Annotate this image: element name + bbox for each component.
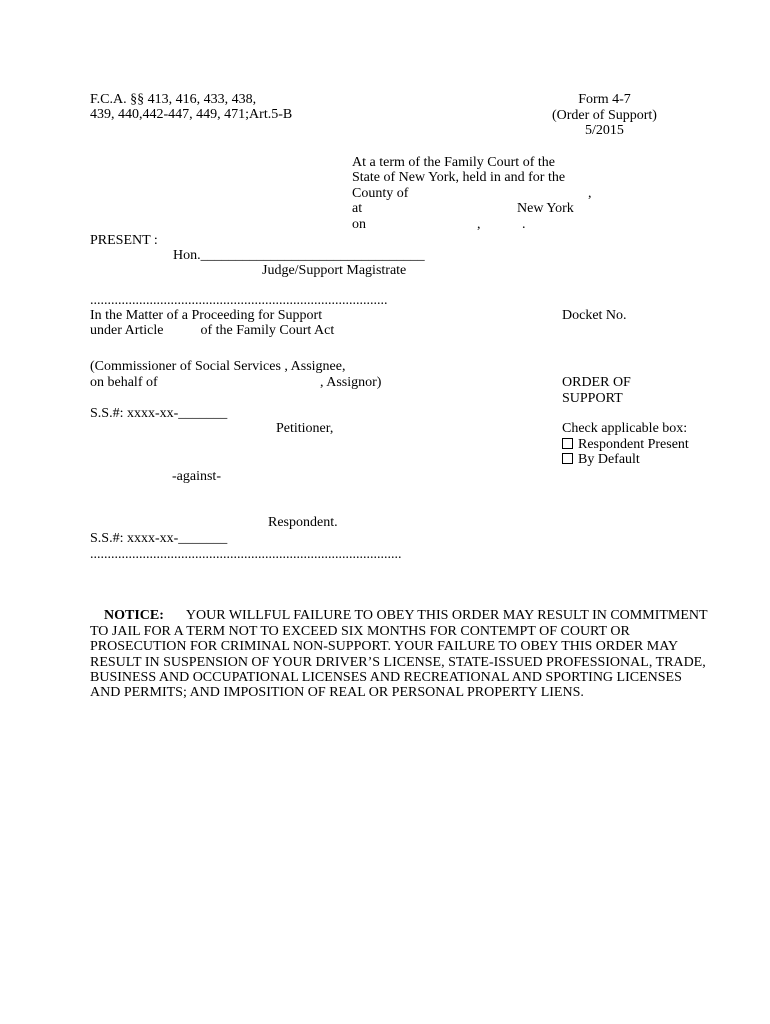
on-label: on — [352, 217, 366, 232]
form-id-block: Form 4-7 (Order of Support) 5/2015 — [537, 92, 672, 139]
present-label: PRESENT : — [90, 233, 158, 249]
form-revision-date: 5/2015 — [537, 123, 672, 139]
county-blank-comma: , — [588, 186, 592, 202]
term-line-2: State of New York, held in and for the — [352, 170, 565, 186]
on-behalf-label: on behalf of — [90, 375, 158, 390]
on-date-comma: , — [477, 217, 481, 233]
matter-of-proceeding-line: In the Matter of a Proceeding for Suppor… — [90, 308, 322, 324]
form-number: Form 4-7 — [537, 92, 672, 108]
willful-failure-notice: NOTICE:YOUR WILLFUL FAILURE TO OBEY THIS… — [90, 593, 712, 716]
check-applicable-box-header: Check applicable box: — [562, 421, 687, 437]
petitioner-label: Petitioner, — [276, 421, 333, 437]
petitioner-ssn-line: S.S.#: xxxx-xx-_______ — [90, 406, 227, 422]
checkbox-row-by-default: By Default — [562, 452, 640, 468]
caption-dotted-rule-top: ........................................… — [90, 293, 388, 309]
commissioner-line: (Commissioner of Social Services , Assig… — [90, 359, 345, 375]
order-title-line-2: SUPPORT — [562, 391, 631, 407]
at-label: at — [352, 201, 362, 216]
under-article-label: under Article — [90, 323, 163, 338]
notice-label: NOTICE: — [104, 608, 164, 623]
statute-reference-line-1: F.C.A. §§ 413, 416, 433, 438, — [90, 92, 256, 108]
on-date-period: . — [522, 217, 526, 233]
on-behalf-line: on behalf of , Assignor) — [90, 375, 420, 390]
form-name: (Order of Support) — [537, 108, 672, 124]
family-court-act-label: of the Family Court Act — [200, 323, 334, 338]
by-default-checkbox-icon[interactable] — [562, 453, 573, 464]
against-label: -against- — [172, 469, 221, 485]
checkbox-row-respondent-present: Respondent Present — [562, 437, 689, 453]
by-default-label: By Default — [578, 452, 640, 467]
judge-title-label: Judge/Support Magistrate — [262, 263, 406, 279]
docket-number-label: Docket No. — [562, 308, 627, 324]
at-line: at New York — [352, 201, 602, 216]
respondent-ssn-line: S.S.#: xxxx-xx-_______ — [90, 531, 227, 547]
respondent-present-label: Respondent Present — [578, 437, 689, 452]
order-of-support-form-page: F.C.A. §§ 413, 416, 433, 438, 439, 440,4… — [0, 0, 770, 1024]
judge-name-blank-line: Hon.________________________________ — [173, 248, 425, 264]
on-date-line: on , . — [352, 217, 602, 232]
term-line-1: At a term of the Family Court of the — [352, 155, 555, 171]
county-line: County of , — [352, 186, 602, 201]
order-title-line-1: ORDER OF — [562, 375, 631, 391]
under-article-line: under Articleof the Family Court Act — [90, 323, 334, 339]
at-state-value: New York — [517, 201, 574, 217]
caption-dotted-rule-bottom: ........................................… — [90, 547, 402, 563]
assignor-label: , Assignor) — [320, 375, 381, 391]
respondent-present-checkbox-icon[interactable] — [562, 438, 573, 449]
notice-body-text: YOUR WILLFUL FAILURE TO OBEY THIS ORDER … — [90, 608, 713, 700]
order-title-block: ORDER OF SUPPORT — [562, 375, 631, 406]
respondent-label: Respondent. — [268, 515, 338, 531]
county-label: County of — [352, 186, 408, 201]
statute-reference-line-2: 439, 440,442-447, 449, 471;Art.5-B — [90, 107, 292, 123]
